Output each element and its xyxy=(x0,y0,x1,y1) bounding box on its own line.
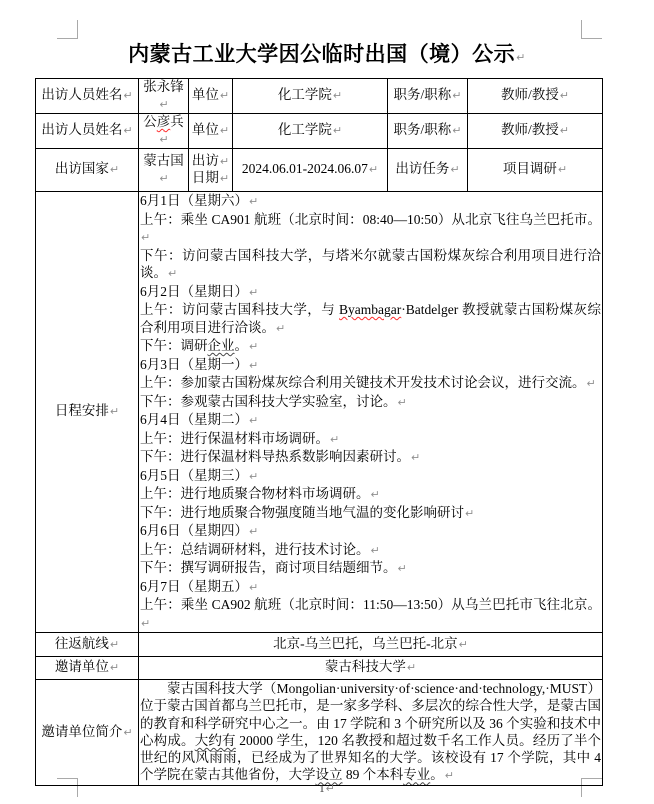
table-row: 日程安排↵ 6月1日（星期六）↵上午：乘坐 CA901 航班（北京时间：08:4… xyxy=(36,192,603,633)
schedule-line: 下午：撰写调研报告，商讨项目结题细节。↵ xyxy=(140,559,601,578)
paragraph-mark-icon: ↵ xyxy=(248,581,258,594)
inviter-value: 蒙古科技大学↵ xyxy=(139,657,603,680)
inviter-intro-text: 蒙古国科技大学（Mongolian·university·of·science·… xyxy=(140,680,601,785)
paragraph-mark-icon: ↵ xyxy=(464,507,474,520)
schedule-line: 上午：乘坐 CA902 航班（北京时间：11:50—13:50）从乌兰巴托市飞往… xyxy=(140,596,601,632)
paragraph-mark-icon: ↵ xyxy=(158,172,168,185)
unit-label: 单位↵ xyxy=(189,79,233,114)
schedule-line: 下午：进行地质聚合物强度随当地气温的变化影响研讨↵ xyxy=(140,504,601,523)
schedule-line: 6月1日（星期六）↵ xyxy=(140,192,601,211)
table-row: 邀请单位简介↵ 蒙古国科技大学（Mongolian·university·of·… xyxy=(36,680,603,786)
post-label: 职务/职称↵ xyxy=(388,79,468,114)
schedule-line: 上午：总结调研材料，进行技术讨论。↵ xyxy=(140,541,601,560)
table-row: 邀请单位↵ 蒙古科技大学↵ xyxy=(36,657,603,680)
paragraph-mark-icon: ↵ xyxy=(325,782,335,795)
paragraph-mark-icon: ↵ xyxy=(219,172,229,185)
date-label: 出访↵日期↵ xyxy=(189,149,233,192)
schedule-line: 下午：访问蒙古国科技大学，与塔米尔就蒙古国粉煤灰综合利用项目进行洽谈。↵ xyxy=(140,247,601,283)
paragraph-mark-icon: ↵ xyxy=(248,195,258,208)
table-row: 往返航线↵ 北京-乌兰巴托，乌兰巴托-北京↵ xyxy=(36,633,603,657)
paragraph-mark-icon: ↵ xyxy=(406,661,416,674)
schedule-line: 6月2日（星期日）↵ xyxy=(140,283,601,302)
page-title-text: 内蒙古工业大学因公临时出国（境）公示↵ xyxy=(128,42,526,66)
paragraph-mark-icon: ↵ xyxy=(248,340,258,353)
route-value: 北京-乌兰巴托，乌兰巴托-北京↵ xyxy=(139,633,603,657)
schedule-line: 上午：进行保温材料市场调研。↵ xyxy=(140,430,601,449)
document-page: 内蒙古工业大学因公临时出国（境）公示↵ 出访人员姓名↵ 张永锋↵ 单位↵ 化工学… xyxy=(0,0,654,804)
notice-table: 出访人员姓名↵ 张永锋↵ 单位↵ 化工学院↵ 职务/职称↵ 教师/教授↵ 出访人… xyxy=(35,78,603,786)
paragraph-mark-icon: ↵ xyxy=(219,155,229,168)
paragraph-mark-icon: ↵ xyxy=(559,89,569,102)
country-value: 蒙古国↵ xyxy=(139,149,189,192)
task-label: 出访任务↵ xyxy=(388,149,468,192)
schedule-line: 6月3日（星期一）↵ xyxy=(140,356,601,375)
schedule-text: 6月1日（星期六）↵上午：乘坐 CA901 航班（北京时间：08:40—10:5… xyxy=(140,192,601,632)
paragraph-mark-icon: ↵ xyxy=(248,414,258,427)
schedule-line: 6月7日（星期五）↵ xyxy=(140,578,601,597)
squiggle-red: Byambagar xyxy=(339,302,401,317)
paragraph-mark-icon: ↵ xyxy=(559,124,569,137)
paragraph-mark-icon: ↵ xyxy=(515,51,526,64)
paragraph-mark-icon: ↵ xyxy=(332,124,342,137)
paragraph-mark-icon: ↵ xyxy=(140,231,150,244)
schedule-line: 6月4日（星期二）↵ xyxy=(140,411,601,430)
route-label: 往返航线↵ xyxy=(36,633,139,657)
traveler-name-value: 公彦兵↵ xyxy=(139,114,189,149)
post-value: 教师/教授↵ xyxy=(468,114,603,149)
schedule-line: 6月5日（星期三）↵ xyxy=(140,467,601,486)
paragraph-mark-icon: ↵ xyxy=(248,359,258,372)
paragraph-mark-icon: ↵ xyxy=(410,451,420,464)
schedule-line: 下午：参观蒙古国科技大学实验室，讨论。↵ xyxy=(140,393,601,412)
paragraph-mark-icon: ↵ xyxy=(397,562,407,575)
paragraph-mark-icon: ↵ xyxy=(397,396,407,409)
date-label-line: 出访↵ xyxy=(190,153,231,171)
paragraph-mark-icon: ↵ xyxy=(109,163,119,176)
schedule-cell: 6月1日（星期六）↵上午：乘坐 CA901 航班（北京时间：08:40—10:5… xyxy=(139,192,603,633)
paragraph-mark-icon: ↵ xyxy=(451,89,461,102)
squiggle-dark: 专业 xyxy=(403,767,430,782)
text-boundary-mark-top-right xyxy=(581,20,602,39)
schedule-line: 上午：参加蒙古国粉煤灰综合利用关键技术开发技术讨论会议，进行交流。↵ xyxy=(140,374,601,393)
squiggle-dark: 企业 xyxy=(208,338,235,353)
page-number: 1↵ xyxy=(0,782,654,795)
paragraph-mark-icon: ↵ xyxy=(586,377,596,390)
schedule-label: 日程安排↵ xyxy=(36,192,139,633)
table-row: 出访国家↵ 蒙古国↵ 出访↵日期↵ 2024.06.01-2024.06.07↵… xyxy=(36,149,603,192)
paragraph-mark-icon: ↵ xyxy=(122,89,132,102)
post-value: 教师/教授↵ xyxy=(468,79,603,114)
paragraph-mark-icon: ↵ xyxy=(248,470,258,483)
paragraph-mark-icon: ↵ xyxy=(109,638,119,651)
paragraph-mark-icon: ↵ xyxy=(109,661,119,674)
paragraph-mark-icon: ↵ xyxy=(158,133,168,146)
paragraph-mark-icon: ↵ xyxy=(370,488,380,501)
traveler-name-value: 张永锋↵ xyxy=(139,79,189,114)
paragraph-mark-icon: ↵ xyxy=(158,98,168,111)
paragraph-mark-icon: ↵ xyxy=(248,286,258,299)
paragraph-mark-icon: ↵ xyxy=(451,124,461,137)
paragraph-mark-icon: ↵ xyxy=(167,267,177,280)
paragraph-mark-icon: ↵ xyxy=(557,163,567,176)
schedule-line: 6月6日（星期四）↵ xyxy=(140,522,601,541)
post-label: 职务/职称↵ xyxy=(388,114,468,149)
paragraph-mark-icon: ↵ xyxy=(368,163,378,176)
intro-label: 邀请单位简介↵ xyxy=(36,680,139,786)
paragraph-mark-icon: ↵ xyxy=(219,89,229,102)
paragraph-mark-icon: ↵ xyxy=(329,433,339,446)
unit-label: 单位↵ xyxy=(189,114,233,149)
schedule-line: 下午：进行保温材料导热系数影响因素研讨。↵ xyxy=(140,448,601,467)
paragraph-mark-icon: ↵ xyxy=(444,769,454,782)
country-label: 出访国家↵ xyxy=(36,149,139,192)
table-row: 出访人员姓名↵ 张永锋↵ 单位↵ 化工学院↵ 职务/职称↵ 教师/教授↵ xyxy=(36,79,603,114)
squiggle-dark: 大约有 xyxy=(195,733,236,748)
paragraph-mark-icon: ↵ xyxy=(219,124,229,137)
paragraph-mark-icon: ↵ xyxy=(122,124,132,137)
paragraph-mark-icon: ↵ xyxy=(370,544,380,557)
date-label-line: 日期↵ xyxy=(190,170,231,188)
paragraph-mark-icon: ↵ xyxy=(332,89,342,102)
text-boundary-mark-top-left xyxy=(57,20,78,39)
schedule-line: 上午：进行地质聚合物材料市场调研。↵ xyxy=(140,485,601,504)
paragraph-mark-icon: ↵ xyxy=(122,726,132,739)
date-value: 2024.06.01-2024.06.07↵ xyxy=(233,149,388,192)
traveler-name-label: 出访人员姓名↵ xyxy=(36,114,139,149)
task-value: 项目调研↵ xyxy=(468,149,603,192)
paragraph-mark-icon: ↵ xyxy=(449,163,459,176)
schedule-line: 上午：乘坐 CA901 航班（北京时间：08:40—10:50）从北京飞往乌兰巴… xyxy=(140,211,601,247)
unit-value: 化工学院↵ xyxy=(233,79,388,114)
page-title: 内蒙古工业大学因公临时出国（境）公示↵ xyxy=(0,38,654,68)
table-row: 出访人员姓名↵ 公彦兵↵ 单位↵ 化工学院↵ 职务/职称↵ 教师/教授↵ xyxy=(36,114,603,149)
paragraph-mark-icon: ↵ xyxy=(109,405,119,418)
schedule-line: 上午：访问蒙古国科技大学，与 Byambagar·Batdelger 教授就蒙古… xyxy=(140,301,601,337)
inviter-label: 邀请单位↵ xyxy=(36,657,139,680)
unit-value: 化工学院↵ xyxy=(233,114,388,149)
squiggle-dark: 设立 xyxy=(316,767,343,782)
page-number-text: 1↵ xyxy=(319,783,335,795)
paragraph-mark-icon: ↵ xyxy=(275,322,285,335)
paragraph-mark-icon: ↵ xyxy=(248,525,258,538)
paragraph-mark-icon: ↵ xyxy=(140,617,150,630)
paragraph-mark-icon: ↵ xyxy=(458,638,468,651)
intro-cell: 蒙古国科技大学（Mongolian·university·of·science·… xyxy=(139,680,603,786)
traveler-name-label: 出访人员姓名↵ xyxy=(36,79,139,114)
squiggle-red: 彦 xyxy=(157,114,171,129)
schedule-line: 下午：调研企业。↵ xyxy=(140,337,601,356)
